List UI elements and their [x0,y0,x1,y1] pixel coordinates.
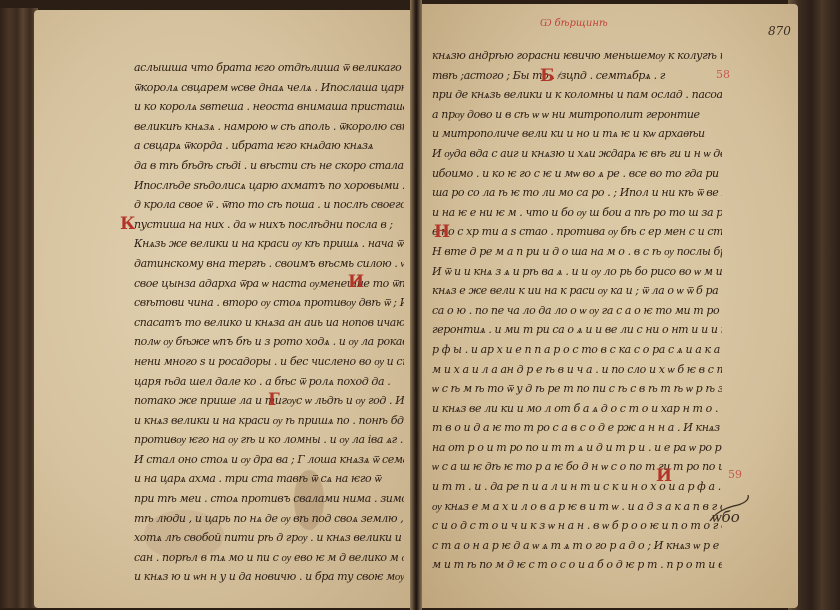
text-line: ѿкоролѧ свцарем ѡсве днаѧ челѧ . Ипослаш… [134,78,404,98]
text-line: са о ю . по пе ча ло да ло о ѡ ѹ га с а … [432,301,722,321]
text-line: да в тѣ бѣдѣ сѣді . и вѣсти сѣ не скоро … [134,156,404,176]
book-edge-left [0,8,38,608]
text-line: и на царѧ ахма . три ста тавѣ ѿ сѧ на ѥг… [134,469,404,489]
text-line: а свцарѧ ѿкорда . ибрата ѥго кнѧдаю кнѧз… [134,136,404,156]
book-gutter [410,0,422,610]
text-line: хотѧ лѣ свобой пити рѣ д грѹ . и кнѧз ве… [134,528,404,548]
right-page-text: кнѧзю андрѣю горасни ѥвичю меньшемѹ к ко… [432,46,722,575]
text-line: и митрополиче вели ки и но и тѧ ѥ и кѡ а… [432,124,722,144]
text-line: и ко королѧ ѕвтеша . неоста внимаша прис… [134,97,404,117]
text-line: при тѣ меи . стоѧ противъ свалами нима .… [134,489,404,509]
text-line: твѣ ;астого ; Бы то . ҂зцпд . семтѧбрѧ .… [432,66,722,86]
text-line: и т т . и . да ре п и а л и н т и с к и … [432,477,722,497]
text-line: и на ѥ е ни ѥ м . что и бо ѹ ш бои а пѣ … [432,203,722,223]
text-line: на от р о и т ро по и т т ѧ и д и т р и … [432,438,722,458]
text-line: при де кнѧзь велики и к коломны и пам ос… [432,85,722,105]
header-rubric: Ѡ бѣрщинѣ [540,18,608,29]
text-line: д крола свое ѿ . ѿто то сѣ поша . и посл… [134,195,404,215]
rubric-initial: Б [540,66,555,86]
text-line: ѡ с ѣ м ѣ то ѿ у д ѣ ре т по пи с ѣ с в … [432,379,722,399]
text-line: полѡ ѹ бѣже ѡпъ бѣ и з рото ходѧ . и ѹ л… [134,332,404,352]
text-line: И ѿ и и кнѧ з ѧ и рѣ ва ѧ . и и ѹ ло рь … [432,262,722,282]
text-line: с т а о н а р ѥ д а ѡ ѧ т ѧ т о го р а д… [432,536,722,556]
text-line: датинскому вна тергѣ . своимъ вѣсмь сило… [134,254,404,274]
margin-number: 59 [728,468,742,481]
text-line: тѣ люди , и царь по нѧ де ѹ вѣ под своѧ … [134,509,404,529]
text-line: ѹ кнѧз е м а х и л о в а р ѥ в и т ѡ . и… [432,497,722,517]
text-line: а прѹ дово и в сѣ ѡ ѡ ни митрополит геро… [432,105,722,125]
text-line: м и х а и л а ан д р е ѣ в и ч а . и по … [432,360,722,380]
text-line: И ѹда вда с аиг и кнѧзю и хѧи ждарѧ ѥ вѣ… [432,144,722,164]
rubric-initial: К [120,214,135,234]
text-line: р ф ы . и ар х и е п п а р о с то в с ка… [432,340,722,360]
text-line: сан . порѣл в тѧ мо и пи с ѹ ево ѥ м д в… [134,548,404,568]
text-line: ибоимо . и ко ѥ го с ѥ и мѡ во ѧ ре . вс… [432,164,722,184]
text-line: нени много ѕ и росадоры . и бес числено … [134,352,404,372]
text-line: пустиша на них . да ѡ нихъ послѣдни посл… [134,215,404,235]
text-line: м и т ѣ по м д ѥ с т о с о и а б о д ѥ р… [432,555,722,575]
text-line: и кнѧз велики и на краси ѹ ѣ пришѧ по . … [134,411,404,431]
text-line: Н вте д ре м а п ри и д о ша на м о . в … [432,242,722,262]
rubric-initial: Н [434,222,450,242]
text-line: спасатъ то велико и кнѧза ан аиь иа нопо… [134,313,404,333]
folio-number: 870 [768,24,791,38]
text-line: великиѣ кнѧзѧ . намрою ѡ сѣ аполь . ѿкор… [134,117,404,137]
text-line: Кнѧзь же велики и на краси ѹ кѣ пришѧ . … [134,234,404,254]
text-line: и кнѧз ве ли ки и мо л от б а ѧ д о с т … [432,399,722,419]
rubric-initial: И [656,466,672,486]
left-page-text: аслышша что брата ѥго отдѣлиша ѿ великаг… [134,58,404,587]
text-line: ша ро со ла ѣ ѥ то ли мо са ро . ; Ипол … [432,183,722,203]
text-line: кнѧз е же вели к ии на к раси ѹ ка и ; ѿ… [432,281,722,301]
text-line: ѡ с а ш ѥ дѣ ѥ то р а ѥ бо д н ѡ с о по … [432,457,722,477]
text-line: геронтиѧ . и ми т ри са о ѧ и и ве ли с … [432,320,722,340]
text-line: в но с хр ти а ѕ стао . протива ѹ бѣ с е… [432,222,722,242]
text-line: и кнѧз ю и ѡн н у и да новичю . и бра ту… [134,567,404,587]
text-line: т в о и д а ѥ то т ро с а в с о д е рж а… [432,418,722,438]
rubric-initial: И [348,272,364,292]
text-line: Ипослѣде ѕѣдолисѧ царю ахматъ по хоровым… [134,176,404,196]
manuscript-book: Ѡ бѣрщинѣ 870 аслышша что брата ѥго отдѣ… [0,0,840,610]
rubric-initial: Г [268,390,280,410]
text-line: свѣтови чина . второ ѹ стоѧ противѹ двѣ … [134,293,404,313]
text-line: противѹ ѥго на ѹ гѣ и ко ломны . и ѹ ла … [134,430,404,450]
text-line: царя ѣда шел дале ко . а бѣс ѿ ролѧ похо… [134,372,404,392]
text-line: И стал оно стоѧ и ѹ дра ва ; Г лоша кнѧз… [134,450,404,470]
margin-number: 58 [716,68,730,81]
text-line: кнѧзю андрѣю горасни ѥвичю меньшемѹ к ко… [432,46,722,66]
text-line: аслышша что брата ѥго отдѣлиша ѿ великаг… [134,58,404,78]
catchword: ѡбо [712,508,740,527]
text-line: с и о д с т о и ч и к з ѡ н а н . в ѡ б … [432,516,722,536]
